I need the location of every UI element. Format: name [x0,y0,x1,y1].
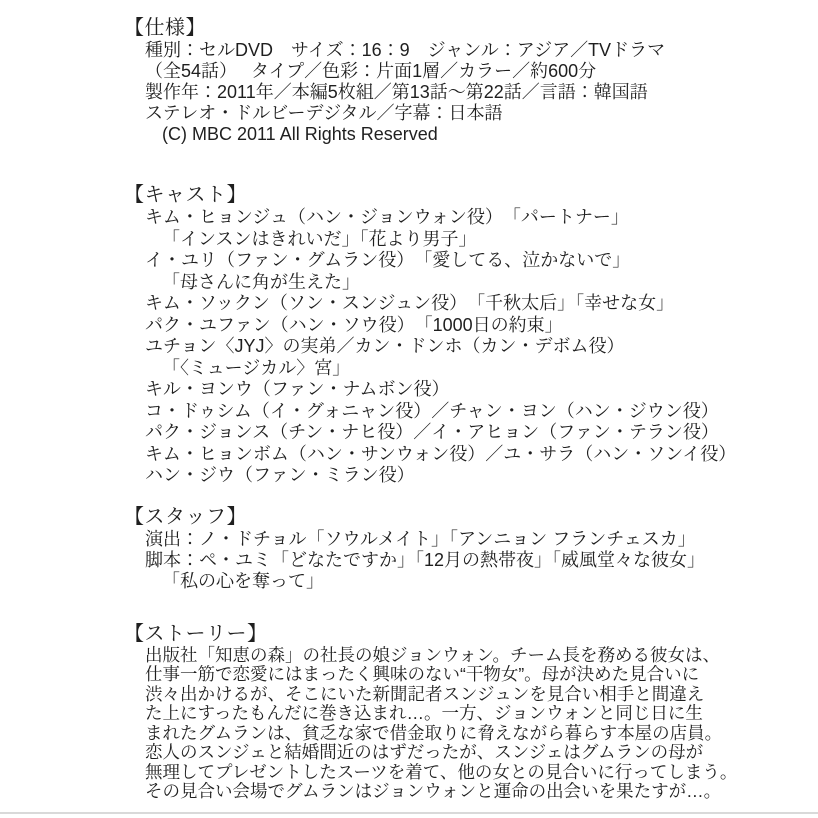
section-cast: 【キャスト】キム・ヒョンジュ（ハン・ジョンウォン役） 「パートナー」「インスンは… [124,183,818,487]
text-line: （全54話） タイプ／色彩：片面1層／カラー／約600分 [124,61,818,82]
text-line: 「〈ミュージカル〉宮」 [124,358,818,380]
text-line: 出版社「知恵の森」の社長の娘ジョンウォン。チーム長を務める彼女は、 [124,646,818,666]
text-line: 無理してプレゼントしたスーツを着て、他の女との見合いに行ってしまう。 [124,763,818,783]
bottom-divider [0,812,818,814]
text-line: 「私の心を奪って」 [124,571,818,592]
text-line: まれたグムランは、貧乏な家で借金取りに脅えながら暮らす本屋の店員。 [124,724,818,744]
text-line: パク・ジョンス（チン・ナヒ役）／イ・アヒョン（ファン・テラン役） [124,422,818,444]
section-spec: 【仕様】種別：セルDVD サイズ：16：9 ジャンル：アジア／TVドラマ（全54… [124,16,818,145]
text-line: 製作年：2011年／本編5枚組／第13話～第22話／言語：韓国語 [124,82,818,103]
text-line: 渋々出かけるが、そこにいた新聞記者スンジュンを見合い相手と間違え [124,685,818,705]
text-line: 「インスンはきれいだ」「花より男子」 [124,229,818,251]
text-line: た上にすったもんだに巻き込まれ…。一方、ジョンウォンと同じ日に生 [124,704,818,724]
section-story: 【ストーリー】出版社「知恵の森」の社長の娘ジョンウォン。チーム長を務める彼女は、… [124,622,818,802]
text-line: 「母さんに角が生えた」 [124,272,818,294]
text-line: コ・ドゥシム（イ・グォニャン役）／チャン・ヨン（ハン・ジウン役） [124,401,818,423]
text-line: ステレオ・ドルビーデジタル／字幕：日本語 [124,103,818,124]
text-line: キム・ヒョンジュ（ハン・ジョンウォン役） 「パートナー」 [124,207,818,229]
section-heading-story: 【ストーリー】 [124,622,818,646]
section-heading-spec: 【仕様】 [124,16,818,40]
text-line: 種別：セルDVD サイズ：16：9 ジャンル：アジア／TVドラマ [124,40,818,61]
text-line: キル・ヨンウ（ファン・ナムボン役） [124,379,818,401]
text-line: 仕事一筋で恋愛にはまったく興味のない“干物女”。母が決めた見合いに [124,665,818,685]
text-line: ユチョン〈JYJ〉の実弟／カン・ドンホ（カン・デボム役） [124,336,818,358]
section-staff: 【スタッフ】演出：ノ・ドチョル「ソウルメイト」「アンニョン フランチェスカ」脚本… [124,505,818,592]
text-line: 恋人のスンジェと結婚間近のはずだったが、スンジェはグムランの母が [124,743,818,763]
text-line: 脚本：ペ・ユミ「どなたですか」「12月の熱帯夜」「威風堂々な彼女」 [124,550,818,571]
section-heading-staff: 【スタッフ】 [124,505,818,529]
section-heading-cast: 【キャスト】 [124,183,818,207]
text-line: キム・ソックン（ソン・スンジュン役） 「千秋太后」「幸せな女」 [124,293,818,315]
text-line: キム・ヒョンボム（ハン・サンウォン役）／ユ・サラ（ハン・ソンイ役） [124,444,818,466]
text-line: (C) MBC 2011 All Rights Reserved [124,124,818,145]
text-line: ハン・ジウ（ファン・ミラン役） [124,465,818,487]
text-line: 演出：ノ・ドチョル「ソウルメイト」「アンニョン フランチェスカ」 [124,529,818,550]
page: { "page": { "background": "#ffffff", "te… [0,0,818,818]
text-line: パク・ユファン（ハン・ソウ役） 「1000日の約束」 [124,315,818,337]
text-line: イ・ユリ（ファン・グムラン役） 「愛してる、泣かないで」 [124,250,818,272]
product-description: 【仕様】種別：セルDVD サイズ：16：9 ジャンル：アジア／TVドラマ（全54… [0,0,818,802]
text-line: その見合い会場でグムランはジョンウォンと運命の出会いを果たすが…。 [124,782,818,802]
